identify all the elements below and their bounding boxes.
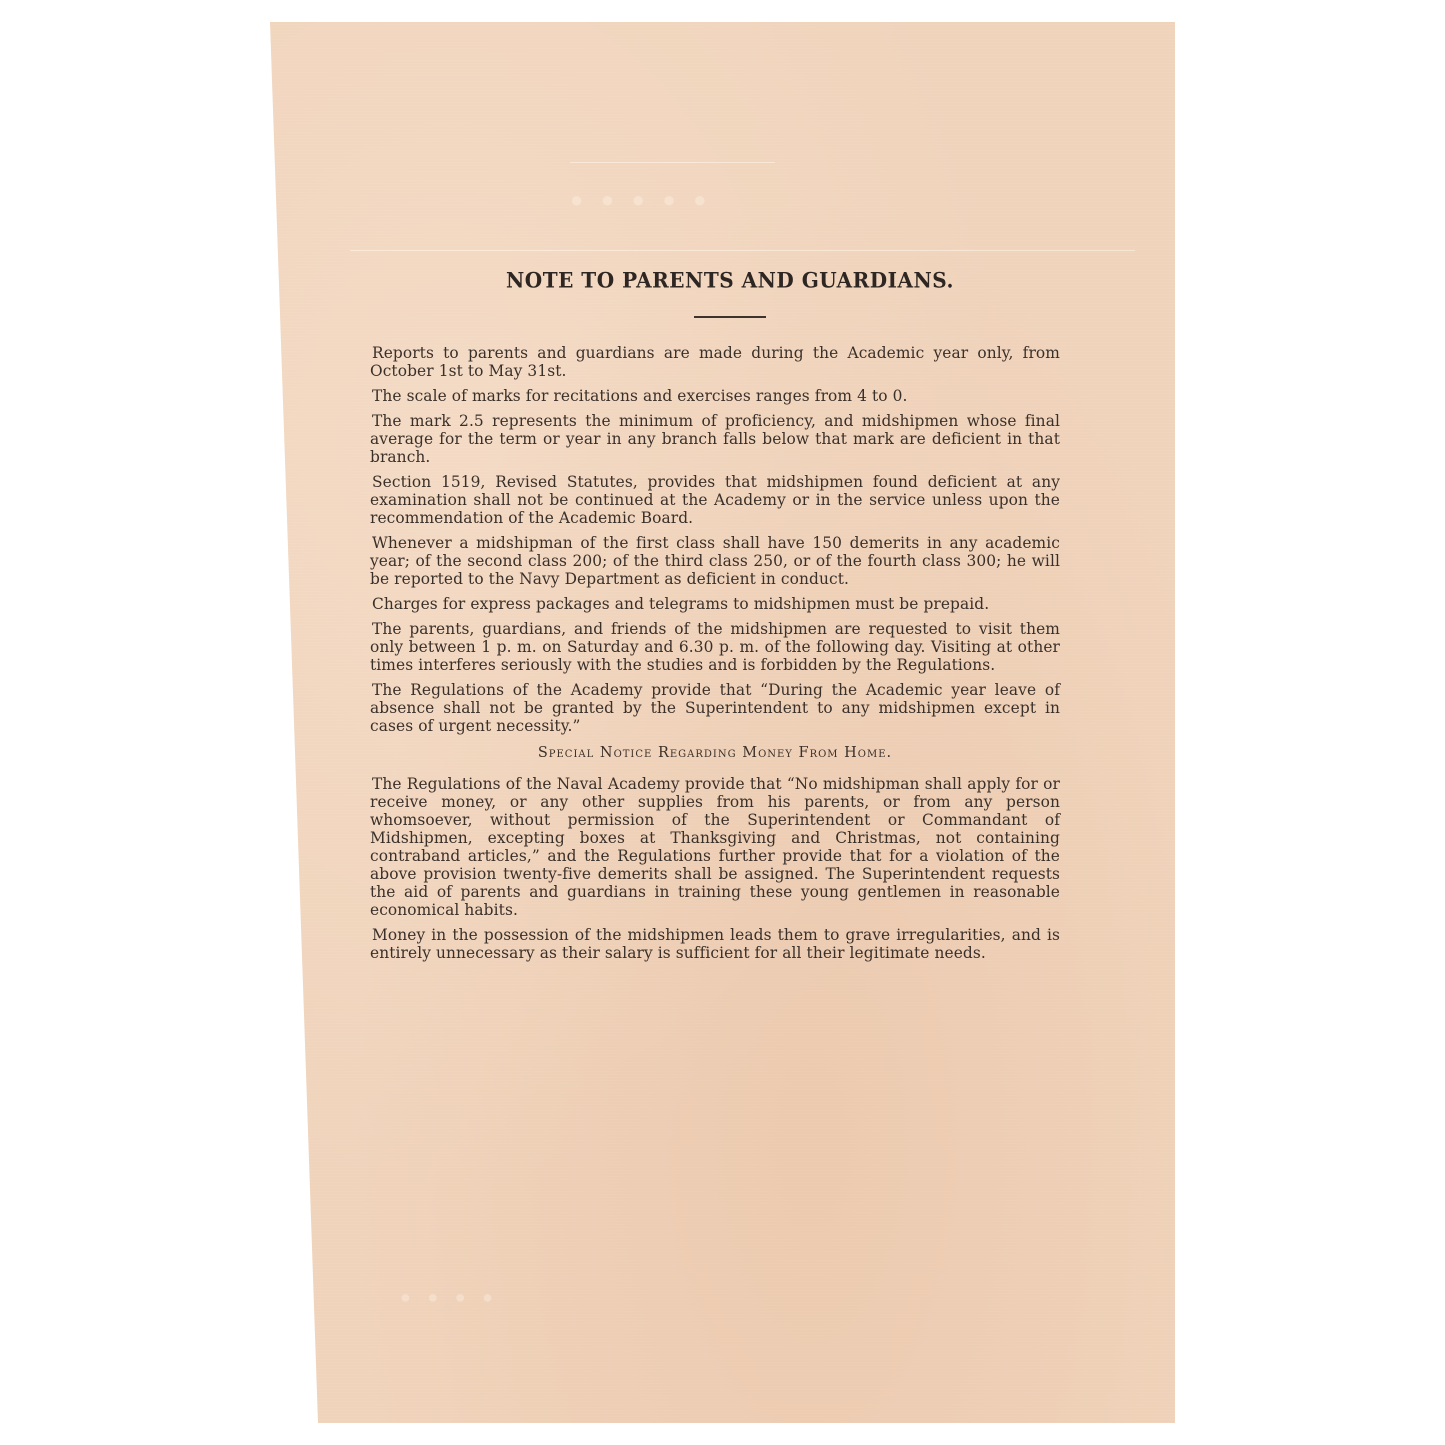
paper-fold-line — [570, 162, 775, 163]
paragraph-visiting-hours: The parents, guardians, and friends of t… — [370, 620, 1060, 674]
paragraph-money-irregularities: Money in the possession of the midshipme… — [370, 926, 1060, 962]
bleed-through-mark: ● ● ● ● — [400, 1287, 499, 1308]
paragraph-reports: Reports to parents and guardians are mad… — [370, 344, 1060, 380]
paper-fold-line — [350, 250, 1135, 251]
paragraph-demerits: Whenever a midshipman of the first class… — [370, 534, 1060, 588]
paragraph-minimum-proficiency: The mark 2.5 represents the minimum of p… — [370, 412, 1060, 466]
document-title: NOTE TO PARENTS AND GUARDIANS. — [400, 267, 1060, 292]
paragraph-scale-of-marks: The scale of marks for recitations and e… — [370, 387, 1060, 405]
title-divider — [694, 316, 766, 318]
paragraph-money-regulations: The Regulations of the Naval Academy pro… — [370, 775, 1060, 919]
bleed-through-mark: ● ● ● ● ● — [570, 187, 712, 213]
paragraph-leave-of-absence: The Regulations of the Academy provide t… — [370, 681, 1060, 735]
paragraph-section-1519: Section 1519, Revised Statutes, provides… — [370, 473, 1060, 527]
special-notice-heading: Special Notice Regarding Money From Home… — [370, 745, 1060, 761]
document-body: NOTE TO PARENTS AND GUARDIANS. Reports t… — [370, 268, 1060, 969]
paragraph-express-charges: Charges for express packages and telegra… — [370, 595, 1060, 613]
